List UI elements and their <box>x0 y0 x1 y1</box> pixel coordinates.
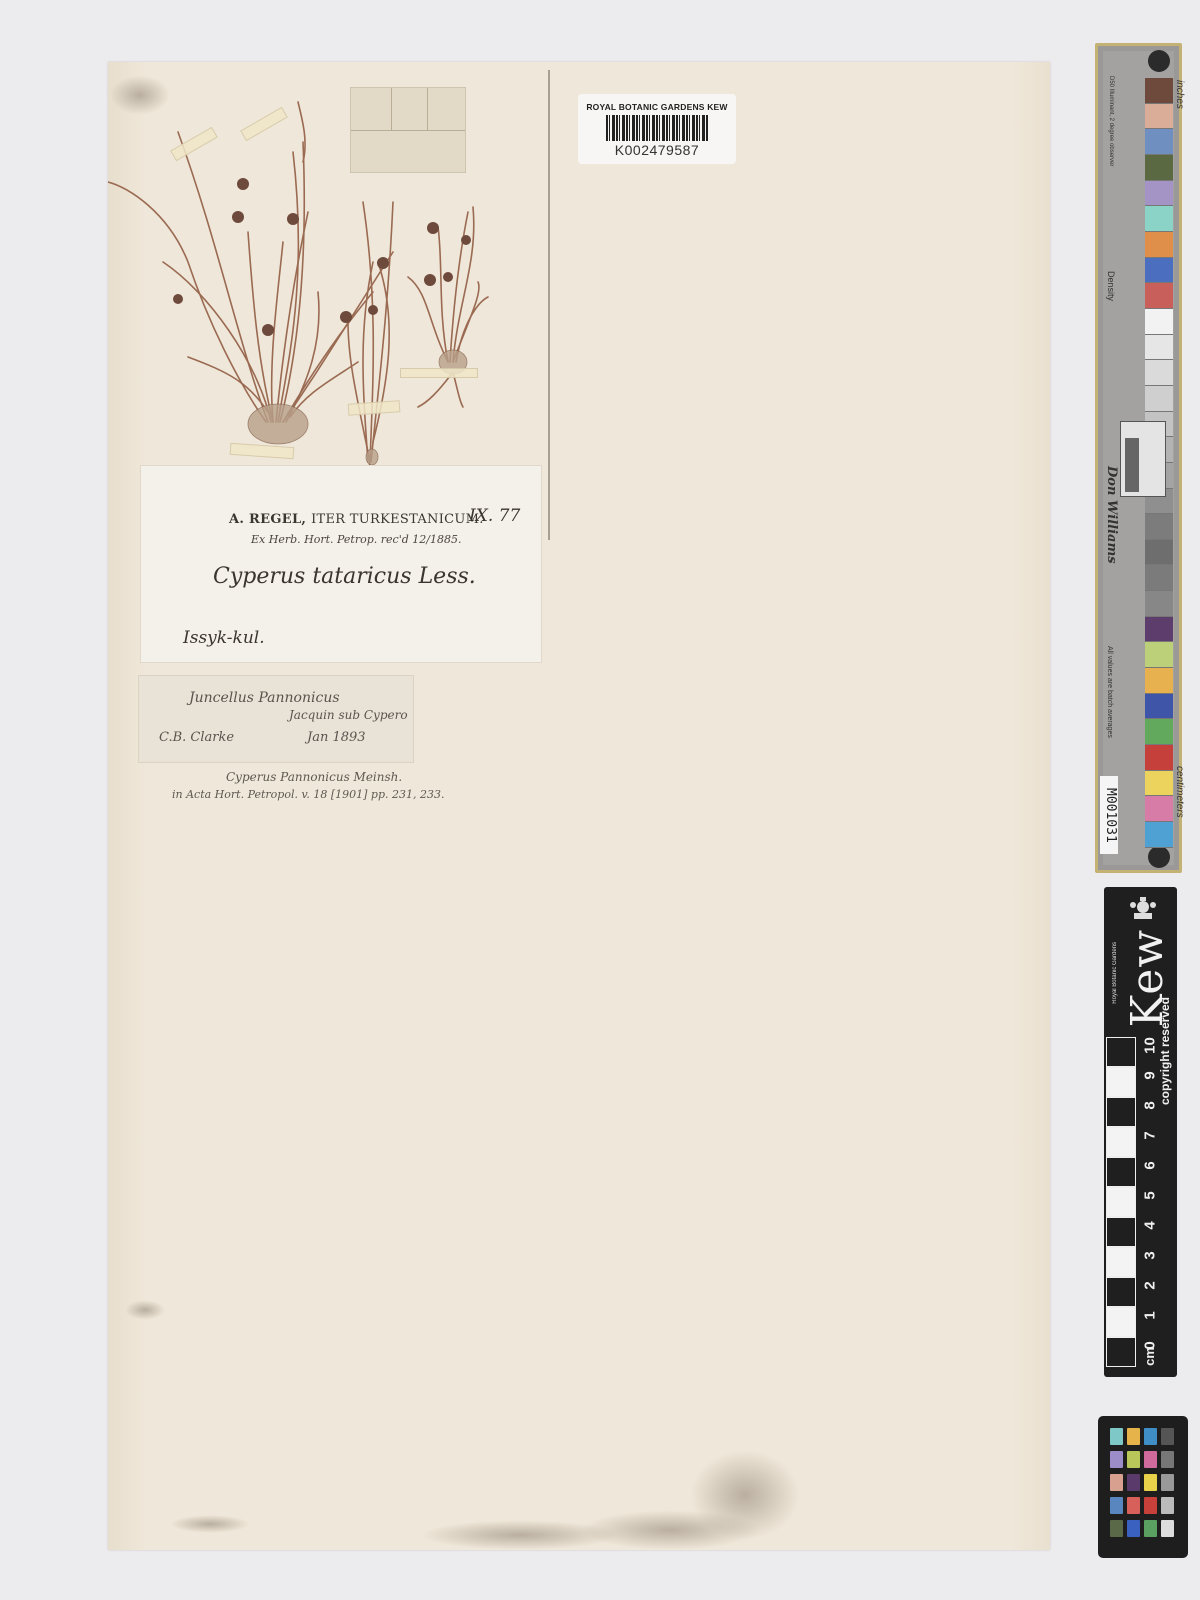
kew-scale-ruler: Kew Royal Botanic Gardens copyright rese… <box>1104 887 1177 1377</box>
colour-patch <box>1145 565 1173 591</box>
colour-chip <box>1110 1451 1123 1468</box>
barcode-number: K002479587 <box>578 142 736 158</box>
annotation-line-2: in Acta Hort. Petropol. v. 18 [1901] pp.… <box>172 788 445 801</box>
ruler-segment <box>1106 1307 1136 1337</box>
colour-patch <box>1145 745 1173 771</box>
ruler-number: 6 <box>1142 1156 1159 1176</box>
density-label: Density <box>1106 271 1116 301</box>
colour-chip <box>1127 1451 1140 1468</box>
colour-chip <box>1127 1474 1140 1491</box>
colour-patch <box>1145 155 1173 181</box>
stain <box>125 1300 165 1320</box>
ruler-segment <box>1106 1217 1136 1247</box>
plant-specimen <box>108 62 568 482</box>
determiner: C.B. Clarke <box>159 730 234 745</box>
colour-chip <box>1144 1428 1157 1445</box>
colour-patch <box>1145 181 1173 207</box>
collector-name: A. REGEL, <box>229 512 306 527</box>
colour-patch <box>1145 796 1173 822</box>
colour-patch <box>1145 617 1173 643</box>
colour-chip <box>1110 1497 1123 1514</box>
determination-date: Jan 1893 <box>307 730 366 745</box>
kew-crest-icon <box>1128 895 1158 923</box>
determination-slip: Juncellus Pannonicus Jacquin sub Cypero … <box>138 675 414 763</box>
centimeters-label: centimeters <box>1174 766 1185 818</box>
species-name: Cyperus tataricus Less. <box>213 564 476 589</box>
colour-patch <box>1145 104 1173 130</box>
annotation-line-1: Cyperus Pannonicus Meinsh. <box>226 770 402 784</box>
determination-authority: Jacquin sub Cypero <box>289 708 408 722</box>
expedition-name: ITER TURKESTANICUM. <box>311 512 484 527</box>
colour-chip <box>1127 1428 1140 1445</box>
colour-patch <box>1145 642 1173 668</box>
strip-id: M001031 <box>1100 776 1118 854</box>
ruler-number: 4 <box>1142 1216 1159 1236</box>
ruler-segment <box>1106 1157 1136 1187</box>
colour-patch <box>1145 514 1173 540</box>
colour-chip <box>1144 1520 1157 1537</box>
strip-hole-icon <box>1148 846 1170 868</box>
colour-patch <box>1145 360 1173 386</box>
colour-chip <box>1161 1428 1174 1445</box>
colour-patch <box>1145 309 1173 335</box>
barcode-label: ROYAL BOTANIC GARDENS KEW K002479587 <box>578 94 736 164</box>
colour-chip <box>1144 1474 1157 1491</box>
colour-patch <box>1145 822 1173 848</box>
target-bar <box>1125 438 1139 492</box>
colour-chip <box>1161 1451 1174 1468</box>
kew-subtitle: Royal Botanic Gardens <box>1112 942 1118 1004</box>
collection-label: A. REGEL, ITER TURKESTANICUM. IX. 77 Ex … <box>140 465 542 663</box>
colour-chip <box>1144 1451 1157 1468</box>
locality: Issyk-kul. <box>183 628 265 648</box>
ruler-number: 3 <box>1142 1246 1159 1266</box>
strip-brand: Don Williams <box>1104 466 1119 564</box>
colour-patch <box>1145 232 1173 258</box>
copyright-text: copyright reserved <box>1158 997 1172 1105</box>
ruler-number: 2 <box>1142 1276 1159 1296</box>
ruler-number: 8 <box>1142 1096 1159 1116</box>
checker-chips <box>1110 1428 1174 1537</box>
colour-patch <box>1145 591 1173 617</box>
ruler-number: 9 <box>1142 1066 1159 1086</box>
collection-date: IX. 77 <box>469 506 520 526</box>
provenance-note: Ex Herb. Hort. Petrop. rec'd 12/1885. <box>251 533 461 546</box>
colour-patch <box>1145 694 1173 720</box>
stain <box>580 1510 760 1550</box>
ruler-number: 1 <box>1142 1306 1159 1326</box>
colour-patch <box>1145 283 1173 309</box>
mounting-tape <box>400 368 478 378</box>
colour-patch <box>1145 129 1173 155</box>
ruler-segment <box>1106 1037 1136 1067</box>
ruler-segment <box>1106 1337 1136 1367</box>
colour-patch <box>1145 386 1173 412</box>
colour-chip <box>1161 1474 1174 1491</box>
strip-hole-icon <box>1148 50 1170 72</box>
colour-chip <box>1110 1428 1123 1445</box>
resolution-target <box>1120 421 1166 497</box>
colour-chip <box>1110 1520 1123 1537</box>
colour-chip <box>1127 1497 1140 1514</box>
colour-patch <box>1145 78 1173 104</box>
ruler-scale <box>1106 1037 1136 1367</box>
colour-patch <box>1145 258 1173 284</box>
cm-label: cm <box>1142 1347 1157 1366</box>
batch-note: All values are batch averages <box>1106 646 1113 738</box>
colour-calibration-strip: inches D50 Illuminant, 2 degree observer… <box>1095 43 1182 873</box>
barcode <box>606 115 708 141</box>
ruler-segment <box>1106 1097 1136 1127</box>
ruler-number: 10 <box>1142 1036 1159 1056</box>
institution-name: ROYAL BOTANIC GARDENS KEW <box>578 102 736 112</box>
colour-patch <box>1145 668 1173 694</box>
inches-label: inches <box>1174 80 1185 109</box>
colour-chip <box>1127 1520 1140 1537</box>
colour-patch <box>1145 771 1173 797</box>
colour-checker-card <box>1098 1416 1188 1558</box>
colour-chip <box>1161 1520 1174 1537</box>
ruler-segment <box>1106 1247 1136 1277</box>
determination-name: Juncellus Pannonicus <box>189 690 340 706</box>
standard-note: D50 Illuminant, 2 degree observer <box>1108 76 1114 166</box>
ruler-numbers: 109876543210 <box>1140 1035 1160 1375</box>
colour-chip <box>1144 1497 1157 1514</box>
colour-chip <box>1161 1497 1174 1514</box>
colour-chip <box>1110 1474 1123 1491</box>
ruler-segment <box>1106 1067 1136 1097</box>
stain <box>170 1515 250 1533</box>
colour-patch <box>1145 540 1173 566</box>
colour-patch <box>1145 335 1173 361</box>
ruler-segment <box>1106 1187 1136 1217</box>
ruler-segment <box>1106 1127 1136 1157</box>
colour-patch <box>1145 719 1173 745</box>
printed-header: A. REGEL, ITER TURKESTANICUM. <box>229 512 484 527</box>
colour-patch <box>1145 206 1173 232</box>
ruler-number: 5 <box>1142 1186 1159 1206</box>
ruler-segment <box>1106 1277 1136 1307</box>
ruler-number: 7 <box>1142 1126 1159 1146</box>
